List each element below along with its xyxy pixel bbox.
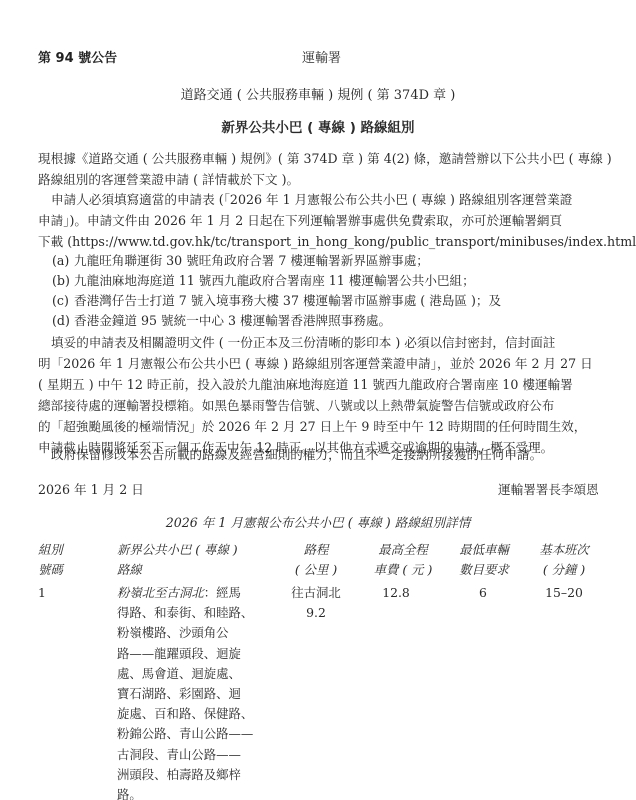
text-line: 申請人必須填寫適當的申請表 (「2026 年 1 月憲報公布公共小巴 ( 專線 … <box>38 189 598 210</box>
text-line: 現根據《道路交通 ( 公共服務車輛 ) 規例》( 第 374D 章 ) 第 4(… <box>38 148 598 169</box>
office-label: (c) <box>52 291 74 311</box>
office-item: (d)香港金鐘道 95 號統一中心 3 樓運輸署香港牌照事務處。 <box>52 311 501 331</box>
office-label: (a) <box>52 251 74 271</box>
route-line: ：經馬 <box>204 585 241 600</box>
office-item: (c)香港灣仔告士打道 7 號入境事務大樓 37 樓運輸署市區辦事處 ( 港島區… <box>52 291 501 311</box>
cell-headway: 15–20 <box>528 583 600 603</box>
header-group-no: 組別號碼 <box>38 540 63 580</box>
office-item: (a)九龍旺角聯運街 30 號旺角政府合署 7 樓運輸署新界區辦事處； <box>52 251 501 271</box>
notice-number: 第 94 號公告 <box>38 47 117 66</box>
text-line: 路線組別的客運營業證申請 ( 詳情載於下文 )。 <box>38 169 598 190</box>
office-item: (b)九龍油麻地海庭道 11 號西九龍政府合署南座 11 樓運輸署公共小巴組； <box>52 271 501 291</box>
department-name: 運輸署 <box>302 47 341 66</box>
cell-group-no: 1 <box>38 583 46 603</box>
office-list: (a)九龍旺角聯運街 30 號旺角政府合署 7 樓運輸署新界區辦事處； (b)九… <box>52 251 501 331</box>
route-line: 路。 <box>117 785 253 800</box>
text-line: 申請」)。申請文件由 2026 年 1 月 2 日起在下列運輸署辦事處供免費索取… <box>38 210 598 231</box>
text-line: 政府保留修改本公告所載的路線及經營細則的權力，而且不一定接納所接獲的任何申請。 <box>38 444 598 465</box>
text-line: 明「2026 年 1 月憲報公布公共小巴 ( 專線 ) 路線組別客運營業證申請」… <box>38 353 598 374</box>
distance-value: 9.2 <box>276 603 356 623</box>
cell-distance: 往古洞北 9.2 <box>276 583 356 623</box>
signer-name: 運輸署署長李頌恩 <box>498 479 599 498</box>
route-line: 旋處、百和路、保健路、 <box>117 704 253 724</box>
reservation-paragraph: 政府保留修改本公告所載的路線及經營細則的權力，而且不一定接納所接獲的任何申請。 <box>38 444 598 465</box>
table-title: 2026 年 1 月憲報公布公共小巴 ( 專線 ) 路線組別詳情 <box>0 512 636 531</box>
office-address: 香港金鐘道 95 號統一中心 3 樓運輸署香港牌照事務處。 <box>74 313 391 328</box>
intro-paragraph: 現根據《道路交通 ( 公共服務車輛 ) 規例》( 第 374D 章 ) 第 4(… <box>38 148 598 190</box>
cell-route: 粉嶺北至古洞北：經馬 得路、和泰街、和睦路、 粉嶺樓路、沙頭角公 路——龍躍頭段… <box>117 583 253 800</box>
header-distance: 路程( 公里 ) <box>282 540 350 580</box>
route-line: 洲頭段、柏壽路及鄉梓 <box>117 765 253 785</box>
text-line: 下載 (https://www.td.gov.hk/tc/transport_i… <box>38 231 598 252</box>
route-line: 處、馬會道、迴旋處、 <box>117 664 253 684</box>
distance-direction: 往古洞北 <box>276 583 356 603</box>
header-route: 新界公共小巴 ( 專線 )路線 <box>117 540 238 580</box>
header-max-fare: 最高全程車費 ( 元 ) <box>364 540 442 580</box>
route-line: 路——龍躍頭段、迴旋 <box>117 644 253 664</box>
route-line: 寶石湖路、彩園路、迴 <box>117 684 253 704</box>
ordinance-title: 道路交通 ( 公共服務車輛 ) 規例 ( 第 374D 章 ) <box>0 84 636 103</box>
office-label: (b) <box>52 271 74 291</box>
office-label: (d) <box>52 311 74 331</box>
route-heading: 粉嶺北至古洞北 <box>117 585 204 600</box>
header-min-vehicles: 最低車輛數目要求 <box>450 540 518 580</box>
text-line: 的「超強颱風後的極端情況」於 2026 年 2 月 27 日上午 9 時至中午 … <box>38 416 598 437</box>
text-line: 填妥的申請表及相關證明文件 ( 一份正本及三份清晰的影印本 ) 必須以信封密封，… <box>38 332 598 353</box>
submission-paragraph: 填妥的申請表及相關證明文件 ( 一份正本及三份清晰的影印本 ) 必須以信封密封，… <box>38 332 598 458</box>
application-paragraph: 申請人必須填寫適當的申請表 (「2026 年 1 月憲報公布公共小巴 ( 專線 … <box>38 189 598 252</box>
text-line: ( 星期五 ) 中午 12 時正前，投入設於九龍油麻地海庭道 11 號西九龍政府… <box>38 374 598 395</box>
office-address: 九龍旺角聯運街 30 號旺角政府合署 7 樓運輸署新界區辦事處； <box>74 253 429 268</box>
office-address: 九龍油麻地海庭道 11 號西九龍政府合署南座 11 樓運輸署公共小巴組； <box>74 273 475 288</box>
route-line: 粉嶺樓路、沙頭角公 <box>117 623 253 643</box>
notice-title: 新界公共小巴 ( 專線 ) 路線組別 <box>0 116 636 136</box>
text-line: 總部接待處的運輸署投標箱。如黑色暴雨警告信號、八號或以上熱帶氣旋警告信號或政府公… <box>38 395 598 416</box>
cell-max-fare: 12.8 <box>364 583 428 603</box>
route-line: 得路、和泰街、和睦路、 <box>117 603 253 623</box>
cell-min-vehicles: 6 <box>450 583 516 603</box>
route-line: 古洞段、青山公路—— <box>117 745 253 765</box>
header-headway: 基本班次( 分鐘 ) <box>528 540 600 580</box>
office-address: 香港灣仔告士打道 7 號入境事務大樓 37 樓運輸署市區辦事處 ( 港島區 )；… <box>74 293 501 308</box>
route-line: 粉錦公路、青山公路—— <box>117 724 253 744</box>
notice-date: 2026 年 1 月 2 日 <box>38 479 144 498</box>
